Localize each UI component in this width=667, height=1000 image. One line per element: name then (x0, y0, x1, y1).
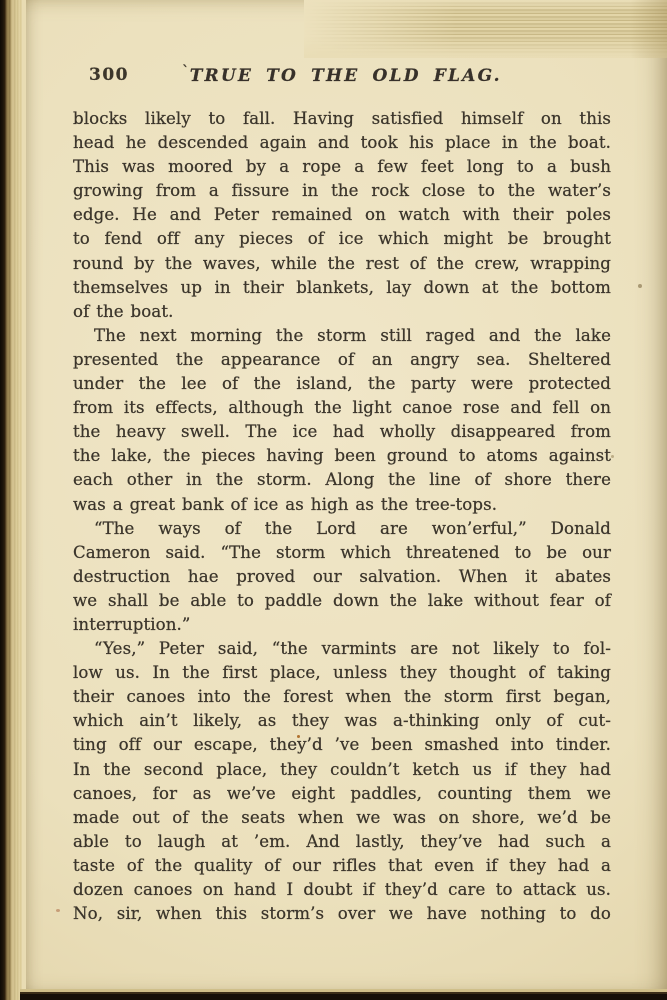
text-line: taste of the quality of our rifles that … (73, 854, 611, 878)
running-title: ˋTRUE TO THE OLD FLAG. (73, 64, 611, 86)
text-line: their canoes into the forest when the st… (73, 685, 611, 709)
text-line: to fend off any pieces of ice which migh… (73, 227, 611, 251)
text-line: ting off our escape, they’d ’ve been sma… (73, 733, 611, 757)
text-line: themselves up in their blankets, lay dow… (73, 276, 611, 300)
text-line: dozen canoes on hand I doubt if they’d c… (73, 878, 611, 902)
book-scan: 300 ˋTRUE TO THE OLD FLAG. blocks likely… (0, 0, 667, 1000)
text-line: the lake, the pieces having been ground … (73, 444, 611, 468)
text-line: edge. He and Peter remained on watch wit… (73, 203, 611, 227)
text-line: under the lee of the island, the party w… (73, 372, 611, 396)
ink-speck (638, 284, 642, 288)
text-line: which ain’t likely, as they was a-thinki… (73, 709, 611, 733)
text-line: growing from a fissure in the rock close… (73, 179, 611, 203)
text-line: the heavy swell. The ice had wholly disa… (73, 420, 611, 444)
ink-speck (611, 455, 614, 458)
text-line: round by the waves, while the rest of th… (73, 252, 611, 276)
page-header: 300 ˋTRUE TO THE OLD FLAG. (73, 64, 611, 90)
text-line: The next morning the storm still raged a… (73, 324, 611, 348)
text-line: we shall be able to paddle down the lake… (73, 589, 611, 613)
text-line: each other in the storm. Along the line … (73, 468, 611, 492)
text-line: from its effects, although the light can… (73, 396, 611, 420)
text-line: presented the appearance of an angry sea… (73, 348, 611, 372)
text-line: blocks likely to fall. Having satisfied … (73, 107, 611, 131)
page-number: 300 (89, 65, 129, 85)
text-line: interruption.” (73, 613, 611, 637)
text-line: head he descended again and took his pla… (73, 131, 611, 155)
paragraph: “The ways of the Lord are won’erful,” Do… (73, 517, 611, 637)
book-page: 300 ˋTRUE TO THE OLD FLAG. blocks likely… (26, 0, 667, 1000)
text-line: In the second place, they couldn’t ketch… (73, 758, 611, 782)
page-content: 300 ˋTRUE TO THE OLD FLAG. blocks likely… (73, 0, 611, 926)
text-line: low us. In the first place, unless they … (73, 661, 611, 685)
body-text: blocks likely to fall. Having satisfied … (73, 107, 611, 926)
paragraph: “Yes,” Peter said, “the varmints are not… (73, 637, 611, 926)
running-title-text: TRUE TO THE OLD FLAG. (190, 66, 502, 86)
ink-speck (56, 909, 60, 912)
text-line: canoes, for as we’ve eight paddles, coun… (73, 782, 611, 806)
text-line: destruction hae proved our salvation. Wh… (73, 565, 611, 589)
text-line: “Yes,” Peter said, “the varmints are not… (73, 637, 611, 661)
text-line: No, sir, when this storm’s over we have … (73, 902, 611, 926)
text-line: “The ways of the Lord are won’erful,” Do… (73, 517, 611, 541)
text-line: was a great bank of ice as high as the t… (73, 493, 611, 517)
paragraph: The next morning the storm still raged a… (73, 324, 611, 517)
text-line: of the boat. (73, 300, 611, 324)
ink-speck (297, 735, 300, 738)
text-line: Cameron said. “The storm which threatene… (73, 541, 611, 565)
book-spine-page-edges (0, 0, 26, 1000)
bottom-page-edge (20, 989, 667, 1000)
text-line: This was moored by a rope a few feet lon… (73, 155, 611, 179)
text-line: able to laugh at ’em. And lastly, they’v… (73, 830, 611, 854)
print-artifact: ˋ (182, 64, 189, 79)
paragraph: blocks likely to fall. Having satisfied … (73, 107, 611, 324)
text-line: made out of the seats when we was on sho… (73, 806, 611, 830)
